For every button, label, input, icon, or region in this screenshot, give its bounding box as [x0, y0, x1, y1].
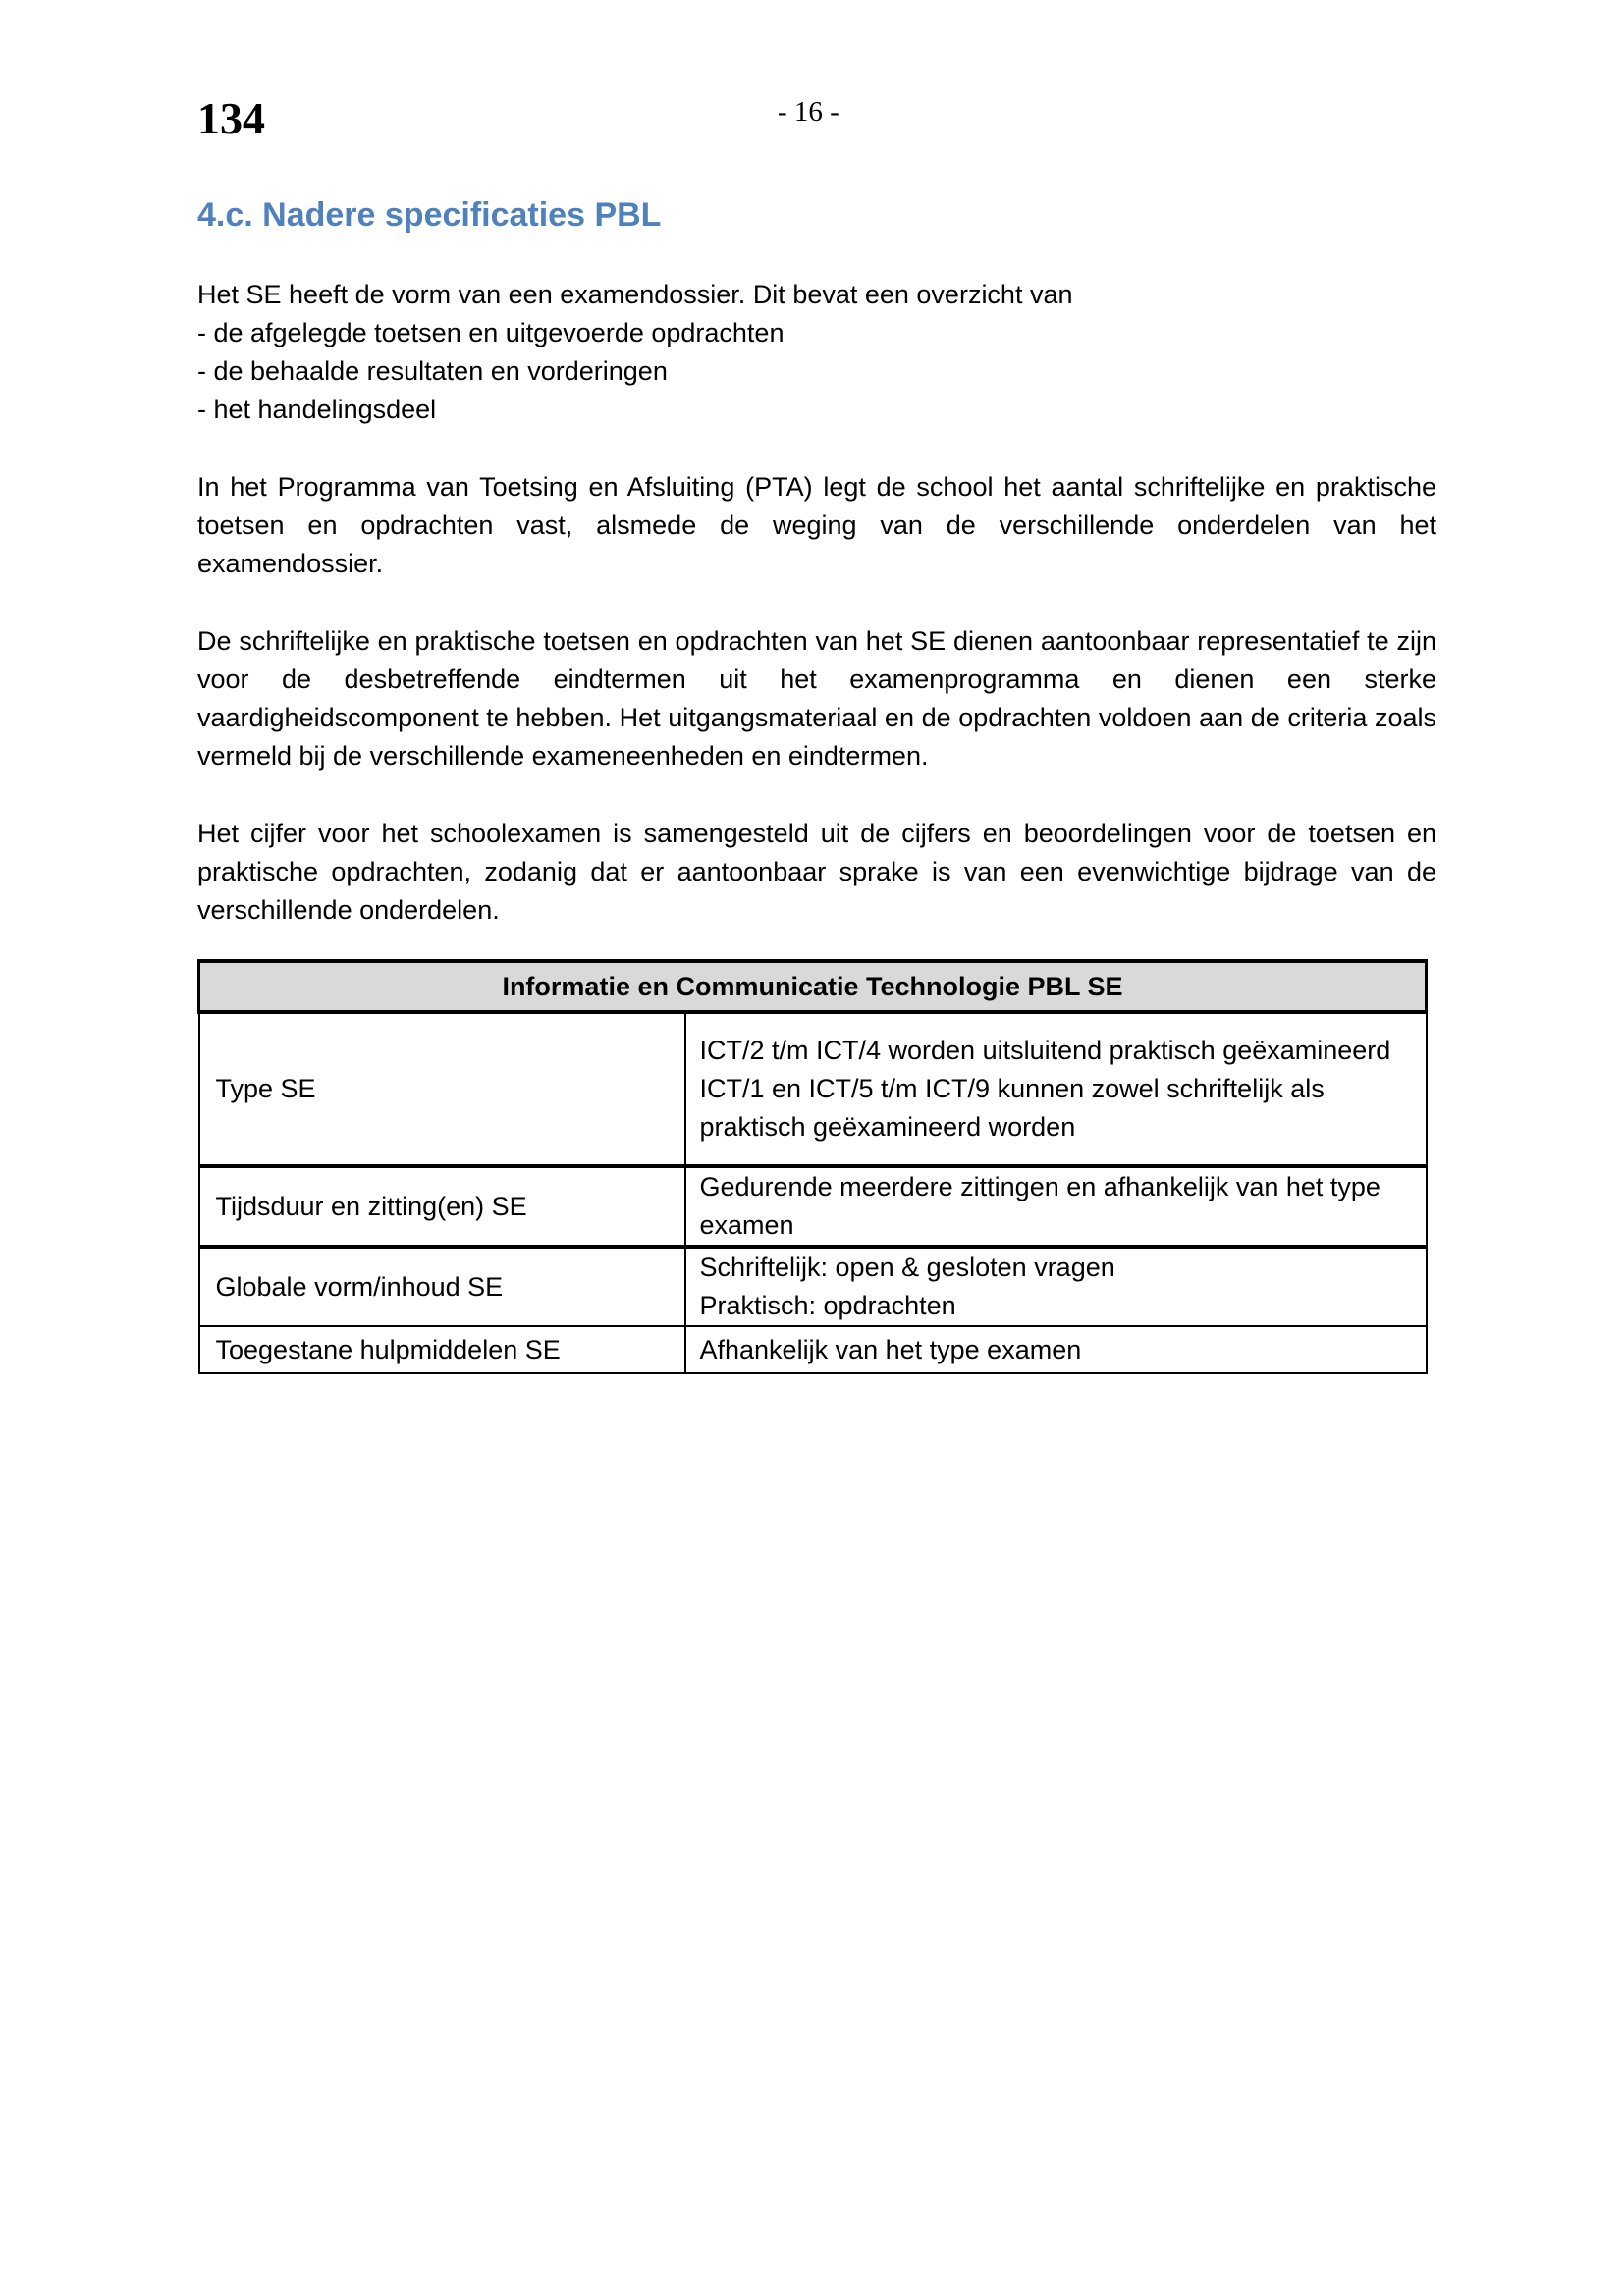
- page-label: - 16 -: [778, 98, 839, 127]
- value-line: Afhankelijk van het type examen: [700, 1331, 1414, 1369]
- intro-list-item: - de afgelegde toetsen en uitgevoerde op…: [197, 314, 1436, 352]
- row-label-type-se: Type SE: [199, 1012, 685, 1166]
- ict-pbl-se-table: Informatie en Communicatie Technologie P…: [197, 959, 1428, 1374]
- value-line: Gedurende meerdere zittingen en afhankel…: [700, 1168, 1414, 1245]
- document-page-number: 134: [197, 96, 265, 141]
- row-label-tijdsduur: Tijdsduur en zitting(en) SE: [199, 1166, 685, 1247]
- intro-list-item: - de behaalde resultaten en vorderingen: [197, 352, 1436, 391]
- table-row: Globale vorm/inhoud SE Schriftelijk: ope…: [199, 1247, 1427, 1326]
- representatief-text: De schriftelijke en praktische toetsen e…: [197, 622, 1436, 775]
- row-value-hulpmiddelen: Afhankelijk van het type examen: [685, 1326, 1427, 1373]
- pta-paragraph: In het Programma van Toetsing en Afsluit…: [197, 468, 1436, 583]
- row-value-tijdsduur: Gedurende meerdere zittingen en afhankel…: [685, 1166, 1427, 1247]
- row-label-vorm-inhoud: Globale vorm/inhoud SE: [199, 1247, 685, 1326]
- value-line: ICT/1 en ICT/5 t/m ICT/9 kunnen zowel sc…: [700, 1070, 1414, 1147]
- table-title: Informatie en Communicatie Technologie P…: [199, 961, 1427, 1012]
- intro-lead: Het SE heeft de vorm van een examendossi…: [197, 276, 1436, 314]
- row-label-hulpmiddelen: Toegestane hulpmiddelen SE: [199, 1326, 685, 1373]
- table-header-row: Informatie en Communicatie Technologie P…: [199, 961, 1427, 1012]
- table-row: Type SE ICT/2 t/m ICT/4 worden uitsluite…: [199, 1012, 1427, 1166]
- value-line: Schriftelijk: open & gesloten vragen: [700, 1249, 1414, 1287]
- section-heading: 4.c. Nadere specificaties PBL: [197, 195, 661, 236]
- row-value-type-se: ICT/2 t/m ICT/4 worden uitsluitend prakt…: [685, 1012, 1427, 1166]
- pta-text: In het Programma van Toetsing en Afsluit…: [197, 468, 1436, 583]
- value-line: Praktisch: opdrachten: [700, 1287, 1414, 1325]
- intro-list-item: - het handelingsdeel: [197, 391, 1436, 429]
- table-row: Toegestane hulpmiddelen SE Afhankelijk v…: [199, 1326, 1427, 1373]
- intro-paragraph: Het SE heeft de vorm van een examendossi…: [197, 276, 1436, 429]
- cijfer-paragraph: Het cijfer voor het schoolexamen is same…: [197, 815, 1436, 930]
- representatief-paragraph: De schriftelijke en praktische toetsen e…: [197, 622, 1436, 775]
- cijfer-text: Het cijfer voor het schoolexamen is same…: [197, 815, 1436, 930]
- value-line: ICT/2 t/m ICT/4 worden uitsluitend prakt…: [700, 1032, 1414, 1070]
- row-value-vorm-inhoud: Schriftelijk: open & gesloten vragen Pra…: [685, 1247, 1427, 1326]
- table-row: Tijdsduur en zitting(en) SE Gedurende me…: [199, 1166, 1427, 1247]
